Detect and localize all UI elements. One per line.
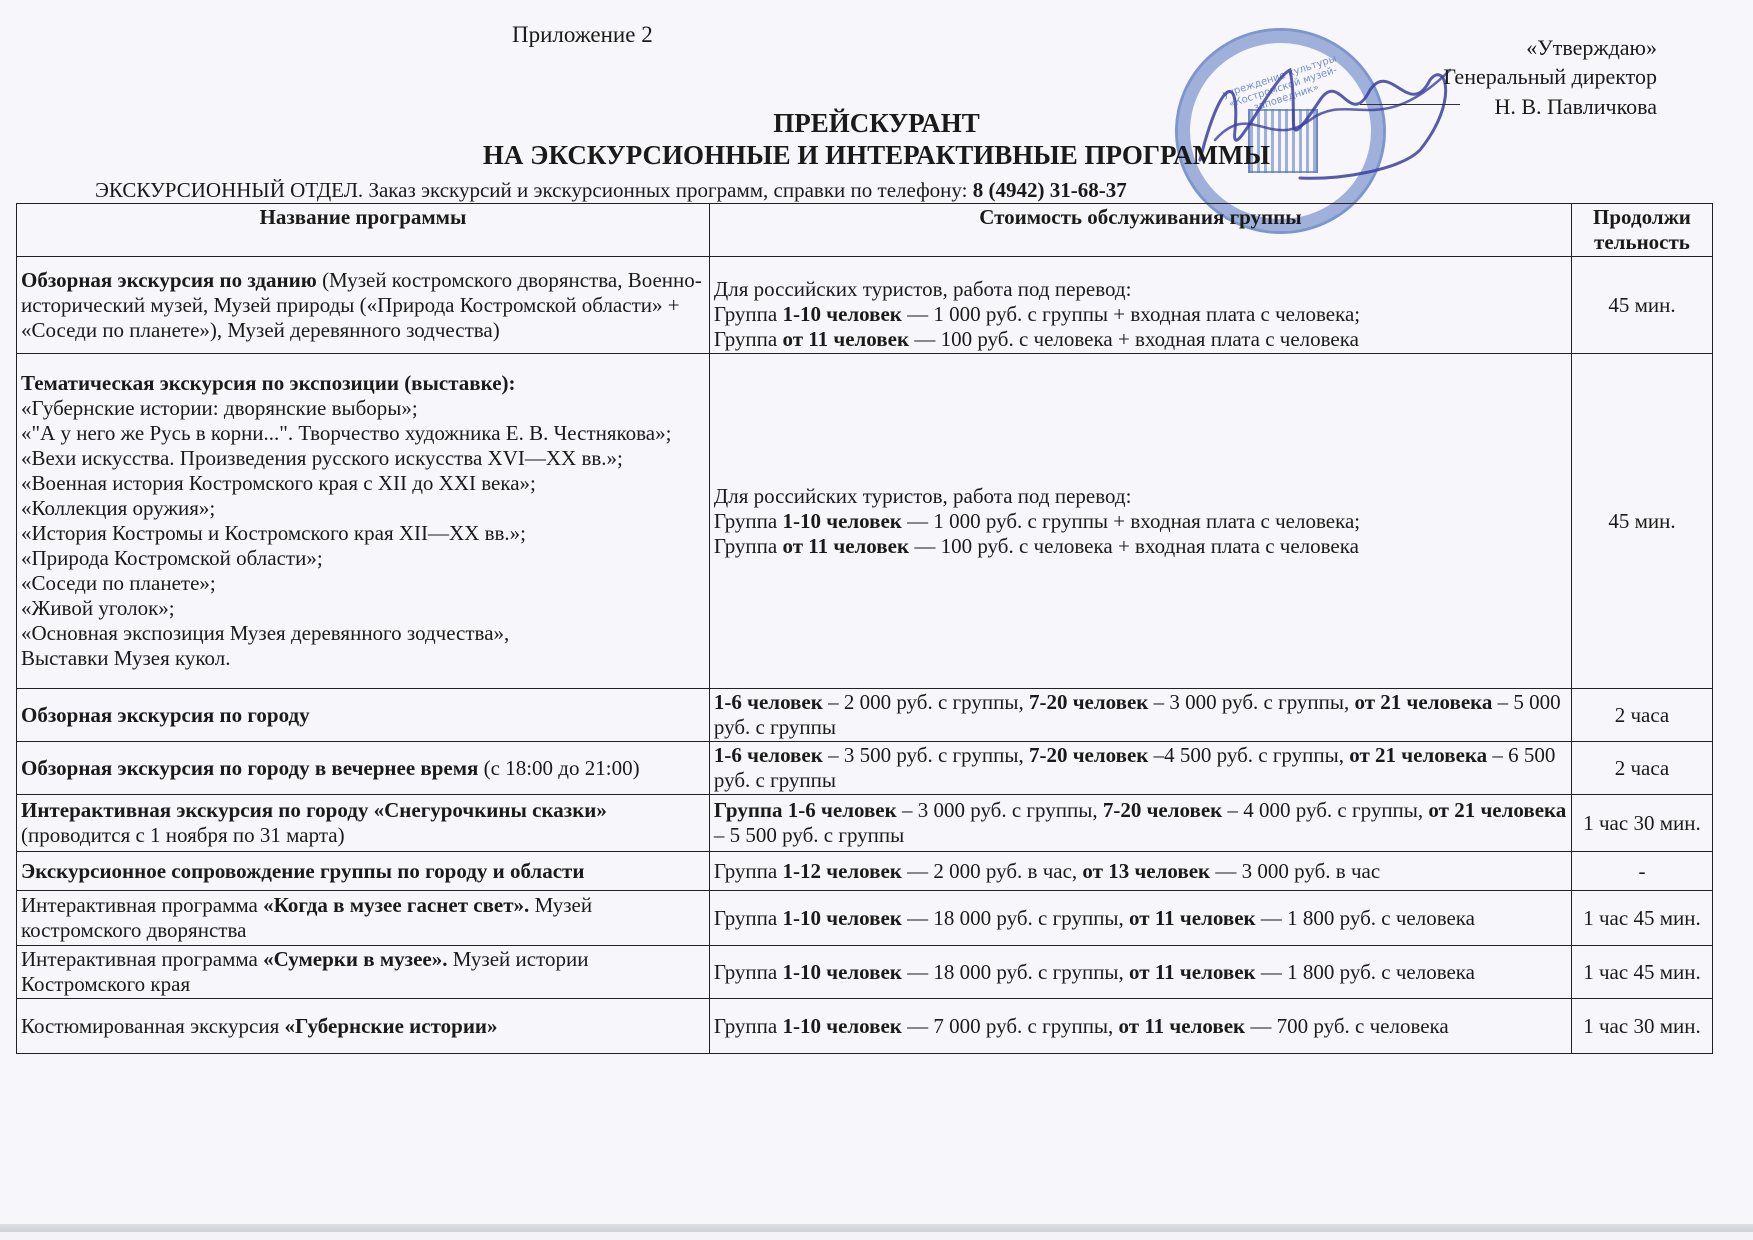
text-run: «Соседи по планете»; — [21, 571, 216, 595]
text-run: Группа — [714, 534, 783, 558]
text-run: Для российских туристов, работа под пере… — [714, 277, 1132, 301]
text-run: Обзорная экскурсия по городу — [21, 703, 310, 727]
text-line: 1-6 человек – 3 500 руб. с группы, 7-20 … — [714, 743, 1567, 793]
table-row: Интерактивная экскурсия по городу «Снегу… — [17, 795, 1713, 852]
text-run: — 700 руб. с человека — [1245, 1014, 1449, 1038]
text-run: от 11 человек — [1119, 1014, 1246, 1038]
text-run: от 11 человек — [1129, 960, 1256, 984]
column-header-name: Название программы — [17, 204, 710, 257]
text-run: от 13 человек — [1082, 859, 1210, 883]
text-run: 1-6 человек — [714, 743, 823, 767]
program-cost: Группа 1-10 человек — 18 000 руб. с груп… — [709, 891, 1571, 946]
text-line: «Губернские истории: дворянские выборы»; — [21, 396, 705, 421]
text-run: Группа 1-6 человек — [714, 798, 897, 822]
table-row: Тематическая экскурсия по экспозиции (вы… — [17, 354, 1713, 689]
text-run: «"А у него же Русь в корни...". Творчест… — [21, 421, 671, 445]
program-duration: - — [1571, 852, 1712, 891]
text-run: «Сумерки в музее». — [263, 947, 447, 971]
text-line: 1-6 человек – 2 000 руб. с группы, 7-20 … — [714, 690, 1567, 740]
text-line: Группа 1-10 человек — 7 000 руб. с групп… — [714, 1014, 1567, 1039]
text-run: от 21 человека — [1428, 798, 1566, 822]
text-line: «История Костромы и Костромского края XI… — [21, 521, 705, 546]
text-run: Группа — [714, 1014, 783, 1038]
text-line: «"А у него же Русь в корни...". Творчест… — [21, 421, 705, 446]
text-run: — 100 руб. с человека + входная плата с … — [909, 327, 1359, 351]
program-cost: Для российских туристов, работа под пере… — [709, 354, 1571, 689]
text-run: –4 500 руб. с группы, — [1148, 743, 1349, 767]
document-page: Приложение 2 учреждение культуры «Костро… — [0, 0, 1753, 1232]
text-run: Экскурсионное сопровождение группы по го… — [21, 859, 584, 883]
text-line: Для российских туристов, работа под пере… — [714, 484, 1567, 509]
program-cost: Группа 1-10 человек — 18 000 руб. с груп… — [709, 946, 1571, 999]
program-name: Интерактивная программа «Сумерки в музее… — [17, 946, 710, 999]
text-run: Группа — [714, 327, 783, 351]
text-run: Для российских туристов, работа под пере… — [714, 484, 1132, 508]
text-run: – 2 000 руб. с группы, — [823, 690, 1029, 714]
text-line: Группа от 11 человек — 100 руб. с челове… — [714, 534, 1567, 559]
text-run: Группа — [714, 302, 783, 326]
text-line: Группа 1-10 человек — 18 000 руб. с груп… — [714, 906, 1567, 931]
text-run: Костюмированная экскурсия — [21, 1014, 284, 1038]
table-row: Обзорная экскурсия по городу1-6 человек … — [17, 689, 1713, 742]
appendix-label: Приложение 2 — [512, 22, 653, 48]
text-line: Группа 1-10 человек — 1 000 руб. с групп… — [714, 509, 1567, 534]
program-duration: 1 час 45 мин. — [1571, 891, 1712, 946]
program-duration: 1 час 45 мин. — [1571, 946, 1712, 999]
text-line: «Основная экспозиция Музея деревянного з… — [21, 621, 705, 646]
program-cost: Группа 1-10 человек — 7 000 руб. с групп… — [709, 999, 1571, 1054]
scan-edge — [0, 1224, 1753, 1232]
text-run: Тематическая экскурсия по экспозиции (вы… — [21, 371, 516, 395]
text-run: 7-20 человек — [1029, 743, 1148, 767]
text-run: Группа — [714, 859, 783, 883]
text-run: — 1 800 руб. с человека — [1256, 960, 1475, 984]
price-table: Название программы Стоимость обслуживани… — [16, 203, 1713, 1054]
text-run: Обзорная экскурсия по зданию — [21, 268, 317, 292]
text-run: 1-10 человек — [782, 509, 901, 533]
text-run: «История Костромы и Костромского края XI… — [21, 521, 526, 545]
text-line: Выставки Музея кукол. — [21, 646, 705, 671]
text-run: — 1 000 руб. с группы + входная плата с … — [902, 509, 1360, 533]
text-run: Обзорная экскурсия по городу в вечернее … — [21, 756, 478, 780]
text-line: «Соседи по планете»; — [21, 571, 705, 596]
text-line: Группа 1-12 человек — 2 000 руб. в час, … — [714, 859, 1567, 884]
text-line: Тематическая экскурсия по экспозиции (вы… — [21, 371, 705, 396]
column-header-duration: Продолжи тельность — [1571, 204, 1712, 257]
program-cost: Для российских туристов, работа под пере… — [709, 257, 1571, 354]
text-line: Группа 1-10 человек — 1 000 руб. с групп… — [714, 302, 1567, 327]
text-run: — 100 руб. с человека + входная плата с … — [909, 534, 1359, 558]
program-name: Экскурсионное сопровождение группы по го… — [17, 852, 710, 891]
text-run: — 3 000 руб. в час — [1210, 859, 1380, 883]
table-row: Обзорная экскурсия по городу в вечернее … — [17, 742, 1713, 795]
approver-title: Генеральный директор — [1443, 62, 1657, 91]
text-run: «Военная история Костромского края с XII… — [21, 471, 536, 495]
program-duration: 1 час 30 мин. — [1571, 795, 1712, 852]
text-run: Интерактивная экскурсия по городу «Снегу… — [21, 798, 607, 822]
table-header-row: Название программы Стоимость обслуживани… — [17, 204, 1713, 257]
program-cost: Группа 1-12 человек — 2 000 руб. в час, … — [709, 852, 1571, 891]
table-row: Костюмированная экскурсия «Губернские ис… — [17, 999, 1713, 1054]
text-line: «Живой уголок»; — [21, 596, 705, 621]
text-run: 1-10 человек — [782, 1014, 901, 1038]
text-run: — 2 000 руб. в час, — [902, 859, 1083, 883]
text-run: Группа — [714, 906, 783, 930]
text-run: Выставки Музея кукол. — [21, 646, 230, 670]
text-line: «Военная история Костромского края с XII… — [21, 471, 705, 496]
text-run: 7-20 человек — [1103, 798, 1222, 822]
text-line: «Природа Костромской области»; — [21, 546, 705, 571]
text-run: 1-12 человек — [782, 859, 901, 883]
program-cost: 1-6 человек – 3 500 руб. с группы, 7-20 … — [709, 742, 1571, 795]
text-run: от 21 человека — [1355, 690, 1493, 714]
program-duration: 1 час 30 мин. — [1571, 999, 1712, 1054]
column-header-cost: Стоимость обслуживания группы — [709, 204, 1571, 257]
text-run: «Губернские истории» — [284, 1014, 497, 1038]
signature-line — [1360, 104, 1460, 105]
table-row: Обзорная экскурсия по зданию (Музей кост… — [17, 257, 1713, 354]
program-duration: 2 часа — [1571, 689, 1712, 742]
text-run: (с 18:00 до 21:00) — [478, 756, 639, 780]
text-run: — 1 800 руб. с человека — [1256, 906, 1475, 930]
text-run: «Коллекция оружия»; — [21, 496, 215, 520]
text-run: – 5 500 руб. с группы — [714, 823, 904, 847]
text-run: (проводится с 1 ноября по 31 марта) — [21, 823, 345, 847]
text-run: – 4 000 руб. с группы, — [1222, 798, 1428, 822]
document-title: ПРЕЙСКУРАНТ — [0, 108, 1753, 139]
text-run: — 7 000 руб. с группы, — [902, 1014, 1119, 1038]
text-run: 1-6 человек — [714, 690, 823, 714]
text-line: Группа 1-6 человек – 3 000 руб. с группы… — [714, 798, 1567, 848]
text-line: «Вехи искусства. Произведения русского и… — [21, 446, 705, 471]
text-run: — 18 000 руб. с группы, — [902, 906, 1129, 930]
text-run: 1-10 человек — [782, 302, 901, 326]
text-run: от 21 человека — [1349, 743, 1487, 767]
text-run: Интерактивная программа — [21, 893, 263, 917]
document-subtitle: НА ЭКСКУРСИОННЫЕ И ИНТЕРАКТИВНЫЕ ПРОГРАМ… — [0, 140, 1753, 171]
program-name: Костюмированная экскурсия «Губернские ис… — [17, 999, 710, 1054]
text-run: – 3 500 руб. с группы, — [823, 743, 1029, 767]
text-line: Группа от 11 человек — 100 руб. с челове… — [714, 327, 1567, 352]
text-run: от 11 человек — [782, 327, 909, 351]
program-cost: Группа 1-6 человек – 3 000 руб. с группы… — [709, 795, 1571, 852]
text-run: от 11 человек — [1129, 906, 1256, 930]
program-name: Обзорная экскурсия по зданию (Музей кост… — [17, 257, 710, 354]
table-row: Экскурсионное сопровождение группы по го… — [17, 852, 1713, 891]
text-line: Для российских туристов, работа под пере… — [714, 277, 1567, 302]
table-row: Интерактивная программа «Когда в музее г… — [17, 891, 1713, 946]
program-duration: 45 мин. — [1571, 354, 1712, 689]
program-name: Интерактивная программа «Когда в музее г… — [17, 891, 710, 946]
text-run: «Вехи искусства. Произведения русского и… — [21, 446, 623, 470]
text-run: — 1 000 руб. с группы + входная плата с … — [902, 302, 1360, 326]
department-info: Заказ экскурсий и экскурсионных программ… — [363, 178, 973, 202]
program-name: Обзорная экскурсия по городу в вечернее … — [17, 742, 710, 795]
department-name: ЭКСКУРСИОННЫЙ ОТДЕЛ. — [95, 178, 363, 202]
program-cost: 1-6 человек – 2 000 руб. с группы, 7-20 … — [709, 689, 1571, 742]
text-run: «Живой уголок»; — [21, 596, 175, 620]
text-run: Группа — [714, 509, 783, 533]
text-run: 7-20 человек — [1029, 690, 1148, 714]
text-run: — 18 000 руб. с группы, — [902, 960, 1129, 984]
text-run: 1-10 человек — [782, 906, 901, 930]
text-run: Интерактивная программа — [21, 947, 263, 971]
text-run: «Губернские истории: дворянские выборы»; — [21, 396, 418, 420]
text-run: от 11 человек — [782, 534, 909, 558]
text-run: «Природа Костромской области»; — [21, 546, 323, 570]
text-line: Группа 1-10 человек — 18 000 руб. с груп… — [714, 960, 1567, 985]
program-duration: 45 мин. — [1571, 257, 1712, 354]
table-row: Интерактивная программа «Сумерки в музее… — [17, 946, 1713, 999]
text-run: – 3 000 руб. с группы, — [897, 798, 1103, 822]
phone-number: 8 (4942) 31-68-37 — [973, 178, 1127, 202]
text-run: «Основная экспозиция Музея деревянного з… — [21, 621, 509, 645]
department-line: ЭКСКУРСИОННЫЙ ОТДЕЛ. Заказ экскурсий и э… — [95, 178, 1127, 203]
text-run: «Когда в музее гаснет свет». — [263, 893, 529, 917]
text-line: «Коллекция оружия»; — [21, 496, 705, 521]
program-duration: 2 часа — [1571, 742, 1712, 795]
program-name: Интерактивная экскурсия по городу «Снегу… — [17, 795, 710, 852]
text-run: Группа — [714, 960, 783, 984]
program-name: Обзорная экскурсия по городу — [17, 689, 710, 742]
table-body: Обзорная экскурсия по зданию (Музей кост… — [17, 257, 1713, 1054]
program-name: Тематическая экскурсия по экспозиции (вы… — [17, 354, 710, 689]
text-run: – 3 000 руб. с группы, — [1148, 690, 1354, 714]
text-run: 1-10 человек — [782, 960, 901, 984]
approval-heading: «Утверждаю» — [1443, 33, 1657, 62]
